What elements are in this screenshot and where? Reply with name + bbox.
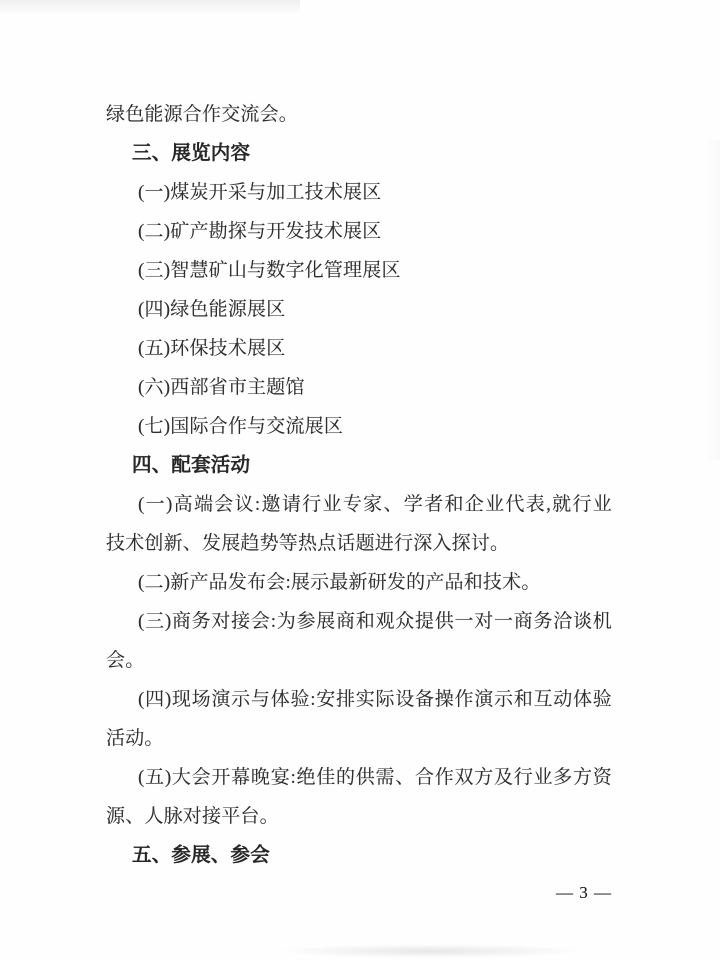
heading-section-4: 四、配套活动 [106,446,612,485]
list-item: (三)智慧矿山与数字化管理展区 [106,251,612,290]
heading-section-5: 五、参展、参会 [106,836,612,875]
text-line: (二)新产品发布会:展示最新研发的产品和技术。 [106,563,612,602]
document-body: 绿色能源合作交流会。 三、展览内容 (一)煤炭开采与加工技术展区 (二)矿产勘探… [106,95,612,875]
list-item: (二)矿产勘探与开发技术展区 [106,212,612,251]
scan-artifact-right [706,140,720,460]
scan-artifact-top [0,0,300,14]
text-line: 技术创新、发展趋势等热点话题进行深入探讨。 [106,524,612,563]
text-line: 活动。 [106,719,612,758]
scan-artifact-bottom [275,944,585,958]
list-item: (一)煤炭开采与加工技术展区 [106,173,612,212]
document-page: 绿色能源合作交流会。 三、展览内容 (一)煤炭开采与加工技术展区 (二)矿产勘探… [0,0,720,960]
text-line: 源、人脉对接平台。 [106,797,612,836]
text-line: 会。 [106,641,612,680]
list-item: (六)西部省市主题馆 [106,368,612,407]
heading-section-3: 三、展览内容 [106,134,612,173]
text-line: (一)高端会议:邀请行业专家、学者和企业代表,就行业 [106,485,612,524]
list-item: (五)环保技术展区 [106,329,612,368]
text-line: 绿色能源合作交流会。 [106,95,612,134]
list-item: (四)绿色能源展区 [106,290,612,329]
text-line: (四)现场演示与体验:安排实际设备操作演示和互动体验 [106,680,612,719]
text-line: (五)大会开幕晚宴:绝佳的供需、合作双方及行业多方资 [106,758,612,797]
page-number: — 3 — [556,880,612,906]
list-item: (七)国际合作与交流展区 [106,407,612,446]
text-line: (三)商务对接会:为参展商和观众提供一对一商务洽谈机 [106,602,612,641]
